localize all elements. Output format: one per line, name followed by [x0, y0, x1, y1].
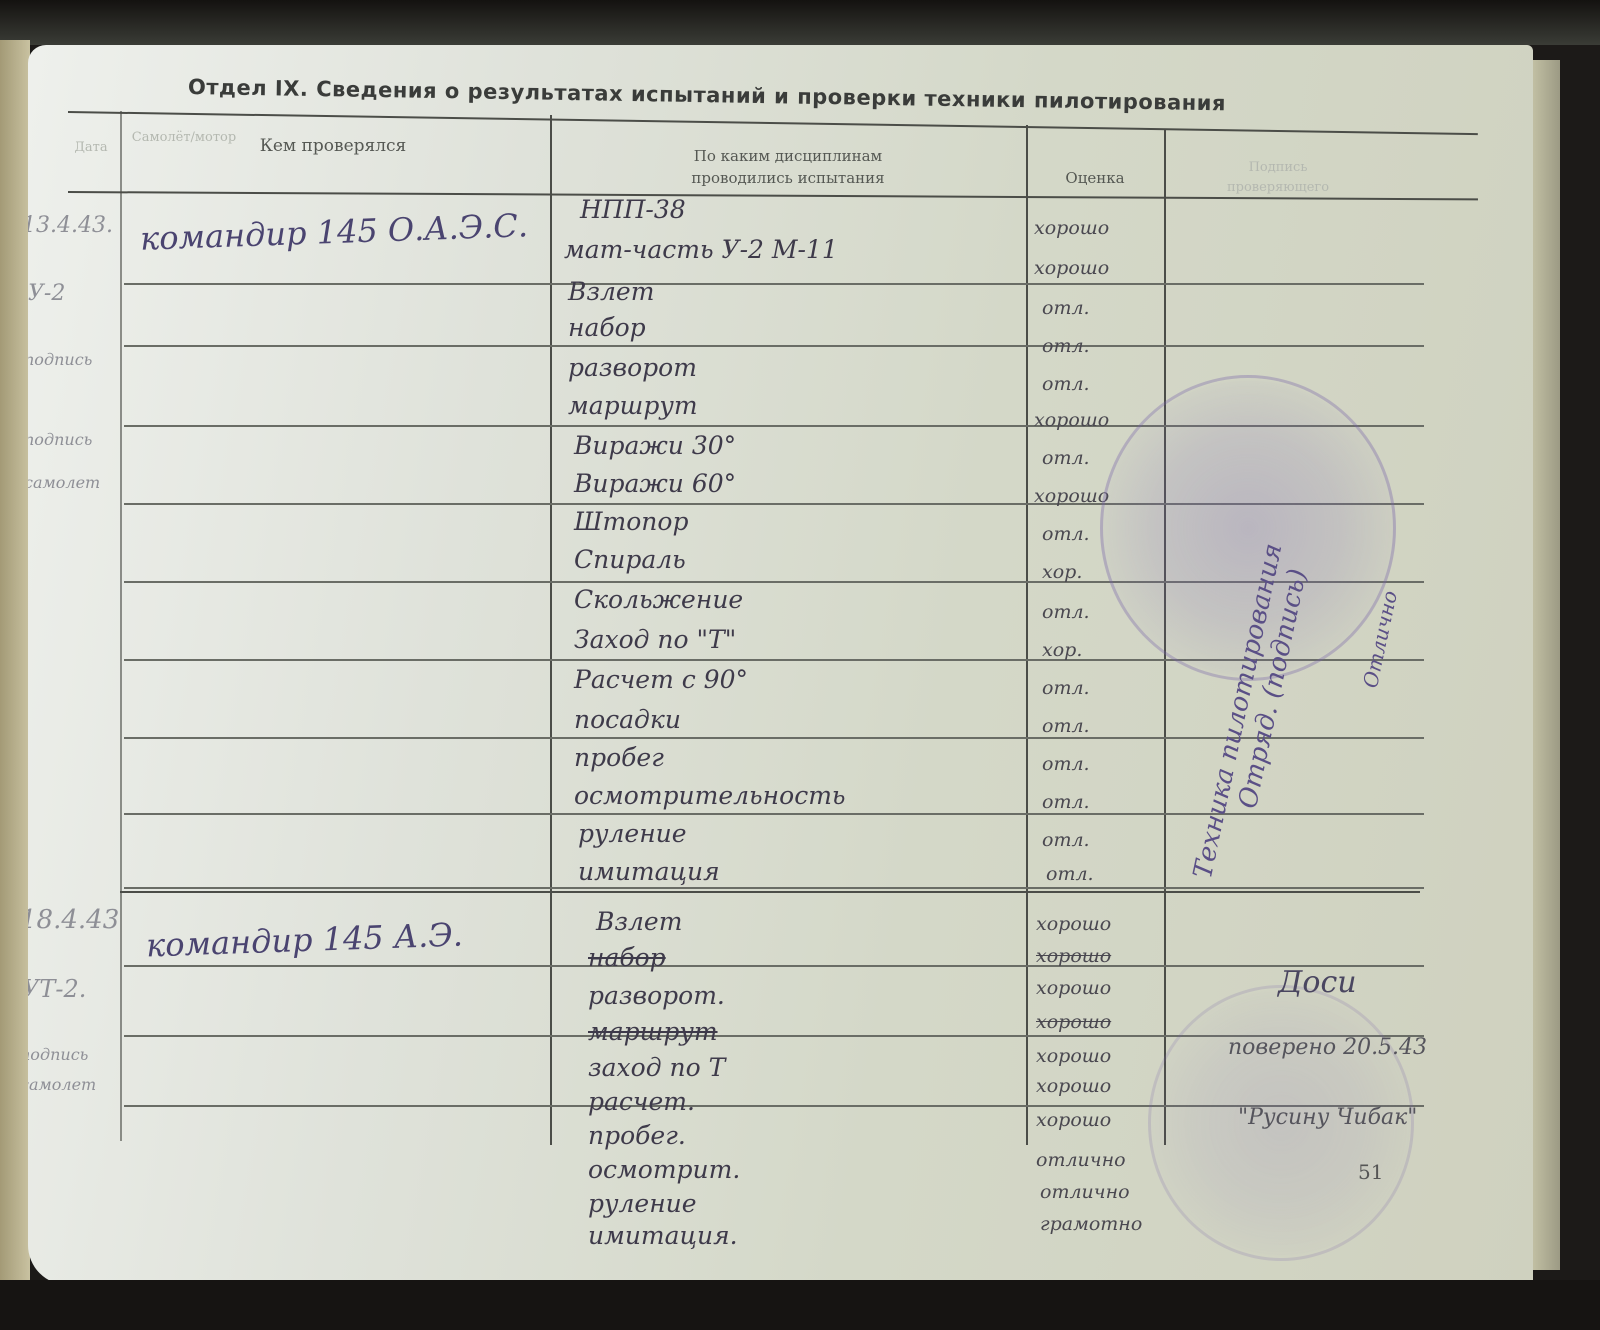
grade: хорошо	[1036, 945, 1111, 967]
discipline: НПП-38	[580, 195, 686, 224]
col-header-grade: Оценка	[1030, 167, 1160, 189]
discipline: мат-часть У-2 М-11	[564, 235, 838, 264]
entry1-date: 13.4.43.	[28, 213, 113, 238]
discipline: имитация	[578, 857, 720, 886]
entry1-checked-by: командир 145 О.А.Э.С.	[139, 206, 528, 258]
grade: отл.	[1042, 335, 1090, 357]
grade: хорошо	[1036, 1109, 1111, 1131]
discipline: Расчет с 90°	[574, 665, 748, 694]
discipline: имитация.	[588, 1221, 738, 1250]
entry1-note: подпись	[28, 350, 92, 369]
discipline: Взлет	[596, 907, 682, 936]
discipline: Штопор	[574, 507, 688, 536]
col-divider-checked-by	[550, 115, 552, 1145]
page-number: 51	[1358, 1160, 1383, 1184]
grade: хорошо	[1036, 913, 1111, 935]
grade: хорошо	[1036, 1075, 1111, 1097]
grade: отл.	[1042, 373, 1090, 395]
discipline: Скольжение	[574, 585, 743, 614]
page-stack-edge	[1530, 60, 1560, 1270]
col-header-disciplines-line2: проводились испытания	[588, 167, 988, 189]
grade: отл.	[1042, 297, 1090, 319]
col-divider-date	[120, 111, 122, 1141]
entry1-note: самолет	[28, 473, 100, 492]
discipline: руление	[588, 1189, 697, 1218]
grade: отл.	[1042, 753, 1090, 775]
entry2-date: 18.4.43	[28, 905, 119, 935]
grade: отл.	[1042, 523, 1090, 545]
row-rule	[124, 887, 1424, 889]
book-bottom-shadow	[0, 1280, 1600, 1330]
entry-separator	[120, 891, 1420, 893]
discipline: Виражи 60°	[574, 469, 736, 498]
grade: хор.	[1042, 561, 1082, 583]
grade: хорошо	[1034, 257, 1109, 279]
discipline: пробег	[574, 743, 664, 772]
col-header-disciplines-line1: По каким дисциплинам	[588, 145, 988, 167]
grade: отл.	[1046, 863, 1094, 885]
discipline: разворот.	[588, 981, 725, 1010]
col-header-checked-by: Кем проверялся	[188, 135, 478, 157]
discipline: набор	[588, 943, 666, 972]
grade: отл.	[1042, 829, 1090, 851]
logbook-page: Отдел IX. Сведения о результатах испытан…	[28, 45, 1533, 1285]
grade: отл.	[1042, 791, 1090, 813]
col-header-signature-line1: Подпись	[1178, 157, 1378, 179]
entry2-checked-by: командир 145 А.Э.	[145, 915, 463, 964]
grade: хорошо	[1036, 1011, 1111, 1033]
grade: отл.	[1042, 601, 1090, 623]
discipline: маршрут	[568, 391, 698, 420]
row-rule	[124, 965, 1424, 967]
col-divider-disciplines	[1026, 125, 1028, 1145]
entry2-signature: Доси	[1278, 965, 1357, 1000]
grade: отл.	[1042, 677, 1090, 699]
grade: отл.	[1042, 715, 1090, 737]
discipline: осмотрит.	[588, 1155, 740, 1184]
book-cover-top	[0, 0, 1600, 45]
discipline: Спираль	[574, 545, 686, 574]
discipline: Взлет	[568, 277, 654, 306]
grade: хорошо	[1036, 977, 1111, 999]
discipline: разворот	[568, 353, 697, 382]
col-header-date: Дата	[66, 137, 116, 159]
grade: хорошо	[1036, 1045, 1111, 1067]
section-title: Отдел IX. Сведения о результатах испытан…	[188, 75, 1338, 117]
col-header-signature-line2: проверяющего	[1178, 177, 1378, 199]
grade: хорошо	[1034, 485, 1109, 507]
grade: отлично	[1036, 1149, 1126, 1171]
entry2-quote-note: "Русину Чибак"	[1238, 1105, 1417, 1130]
discipline: маршрут	[588, 1017, 718, 1046]
grade: отл.	[1042, 447, 1090, 469]
grade: хорошо	[1034, 217, 1109, 239]
discipline: Заход по "Т"	[574, 625, 736, 654]
entry1-note: подпись	[28, 430, 92, 449]
grade: грамотно	[1040, 1213, 1142, 1235]
discipline: расчет.	[588, 1087, 695, 1116]
entry2-note: подпись	[28, 1045, 88, 1064]
grade: хор.	[1042, 639, 1082, 661]
grade: отлично	[1040, 1181, 1130, 1203]
discipline: набор	[568, 313, 646, 342]
discipline: осмотрительность	[574, 781, 846, 810]
discipline: руление	[578, 819, 687, 848]
row-rule	[124, 345, 1424, 347]
book-spine-edge	[0, 40, 30, 1300]
discipline: Виражи 30°	[574, 431, 736, 460]
row-rule	[124, 283, 1424, 285]
discipline: заход по Т	[588, 1053, 725, 1082]
discipline: пробег.	[588, 1121, 686, 1150]
grade: хорошо	[1034, 409, 1109, 431]
entry2-note: самолет	[28, 1075, 96, 1094]
entry1-aircraft: У-2	[28, 281, 65, 306]
discipline: посадки	[574, 705, 681, 734]
entry2-aircraft: УТ-2.	[28, 975, 86, 1003]
entry2-verified-note: поверено 20.5.43	[1228, 1035, 1427, 1060]
